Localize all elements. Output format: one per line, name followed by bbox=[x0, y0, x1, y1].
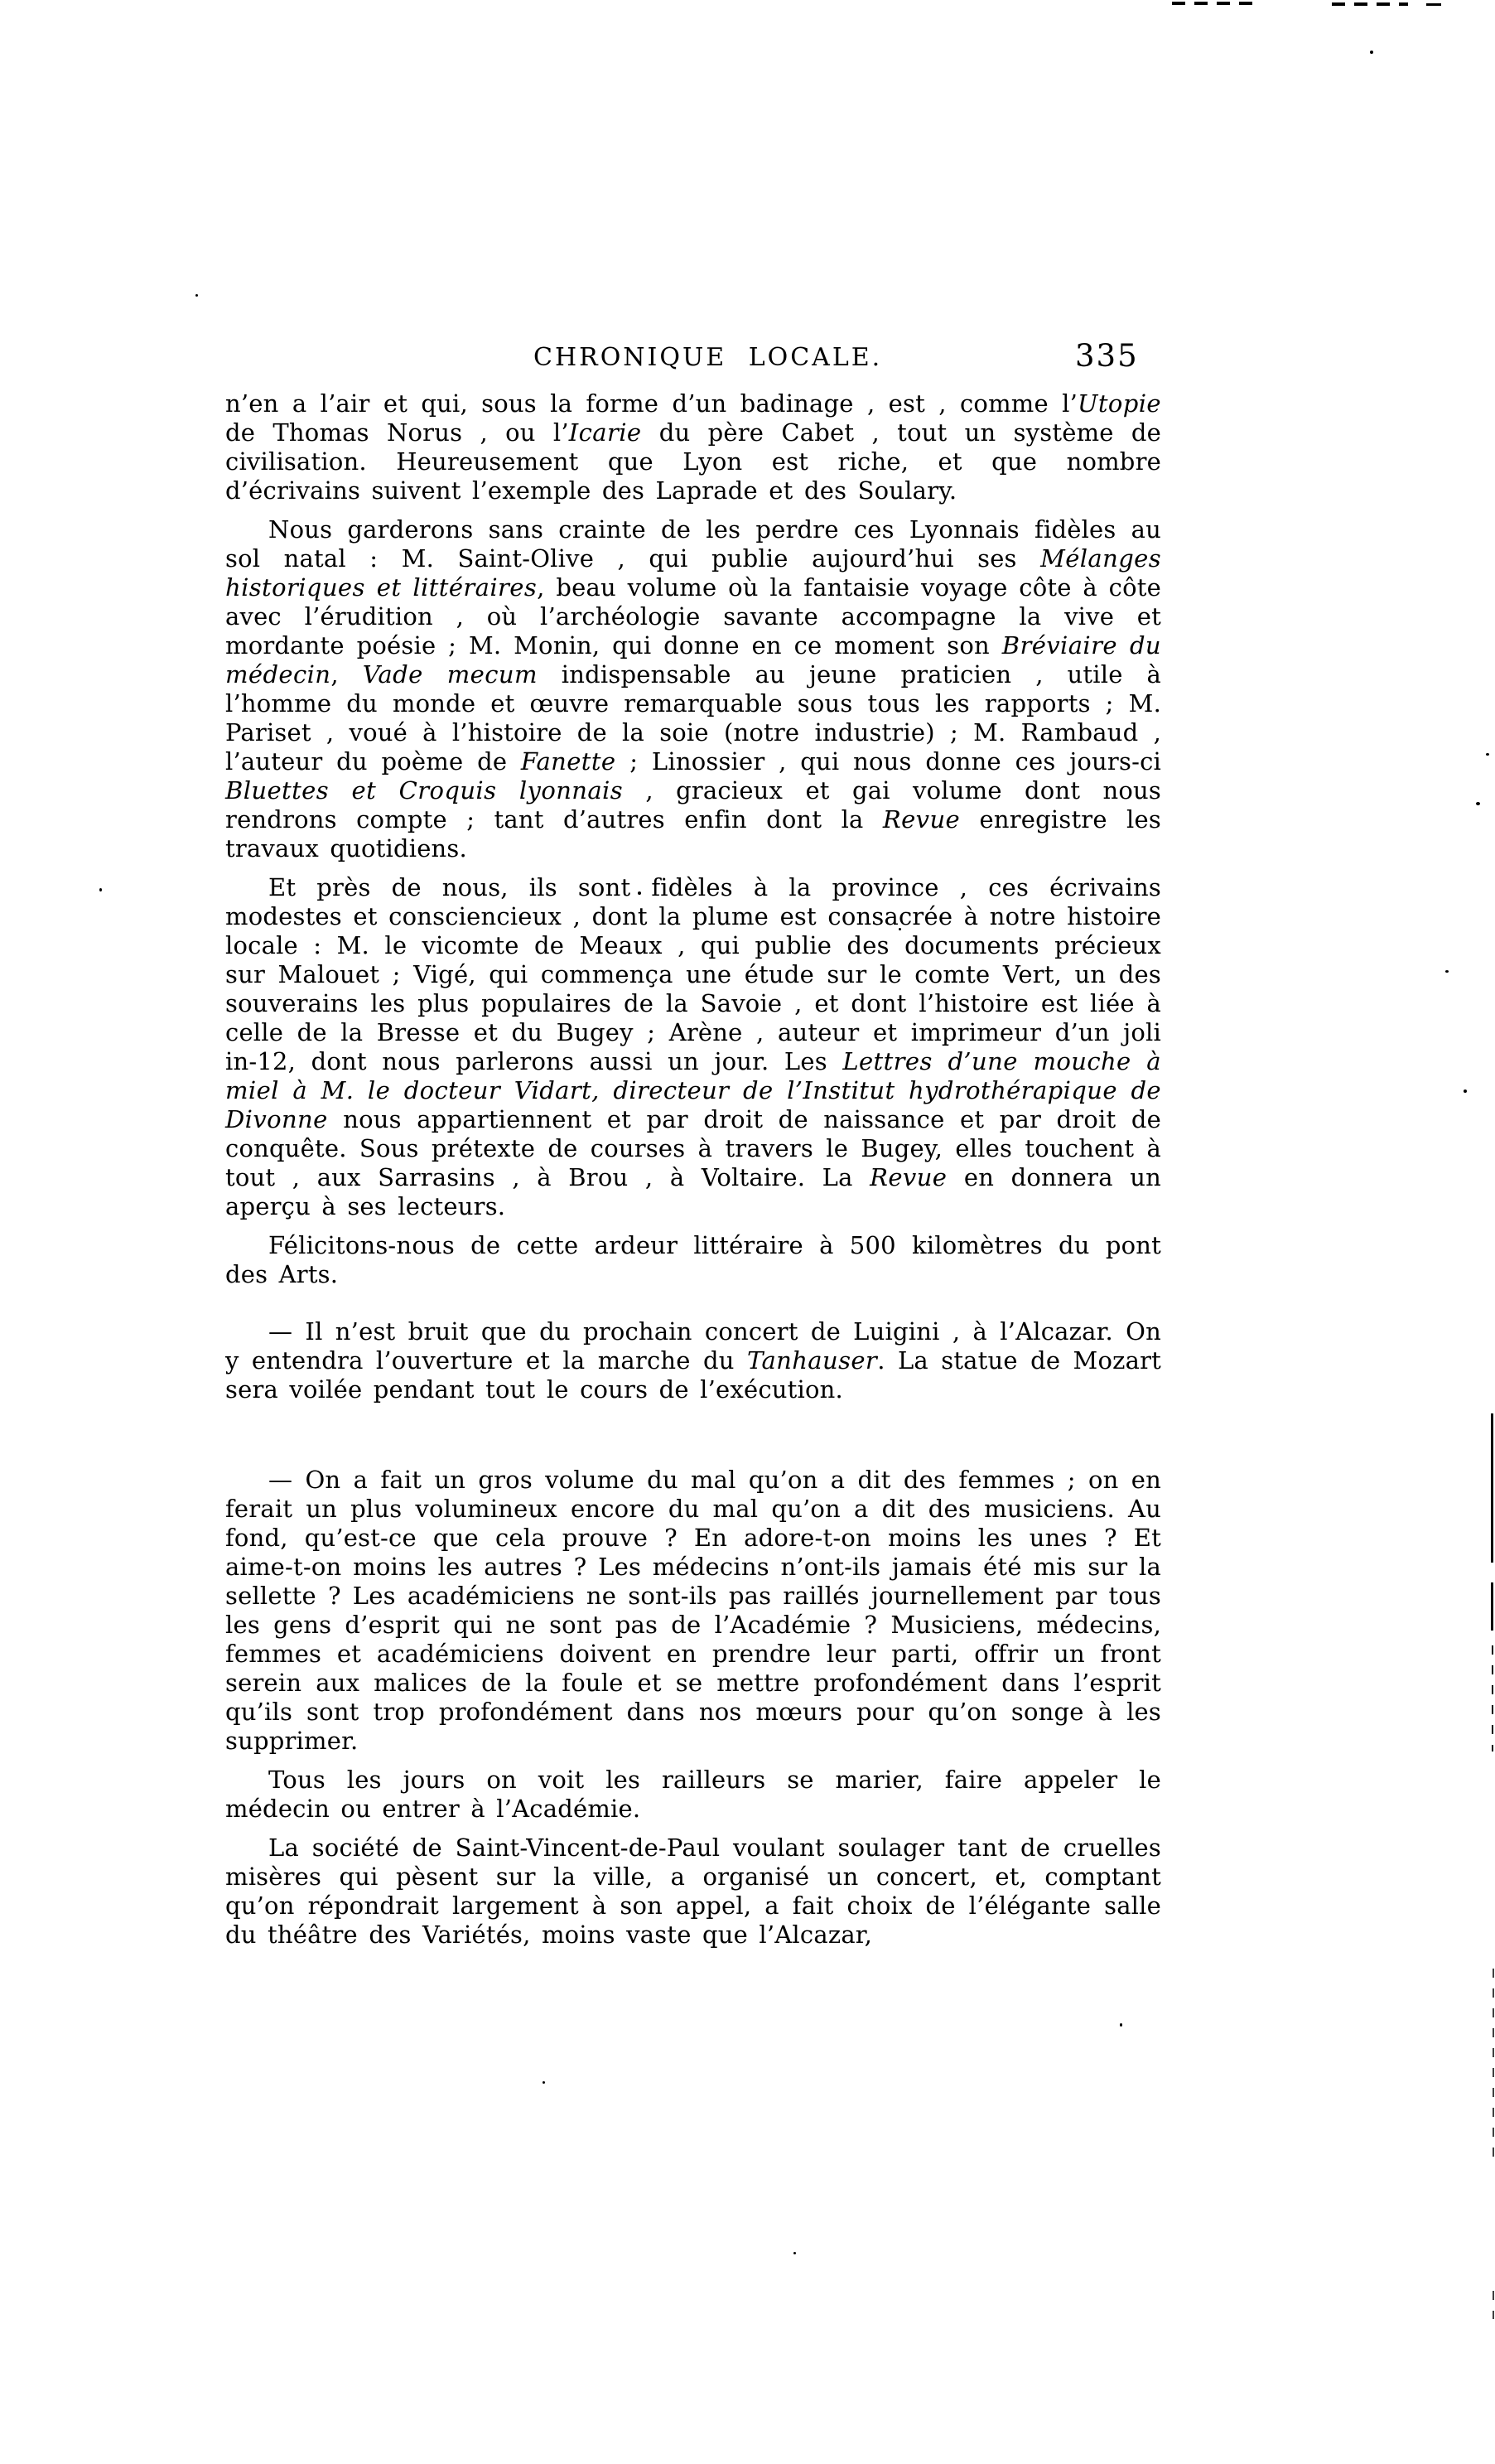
text-run: ; Linossier , qui nous donne ces jours-c… bbox=[615, 747, 1161, 775]
scan-speck bbox=[1370, 51, 1373, 54]
paragraph-8: La société de Saint-Vincent-de-Paul voul… bbox=[225, 1834, 1161, 1949]
scan-speck bbox=[1486, 753, 1489, 756]
work-title-italic: Fanette bbox=[521, 747, 616, 775]
page-header: CHRONIQUE LOCALE. 335 bbox=[225, 338, 1161, 376]
scan-artifact-top-dash-1 bbox=[1172, 2, 1255, 5]
running-title: CHRONIQUE LOCALE. bbox=[533, 343, 882, 372]
paragraph-4: Félicitons-nous de cette ardeur littérai… bbox=[225, 1231, 1161, 1289]
scan-speck bbox=[195, 294, 198, 297]
work-title-italic: Bluettes et Croquis lyonnais bbox=[225, 776, 623, 804]
work-title-italic: Utopie bbox=[1078, 389, 1161, 418]
scan-speck bbox=[1464, 1089, 1467, 1093]
scan-artifact-top-dash-3 bbox=[1426, 3, 1441, 6]
work-title-italic: Revue bbox=[870, 1163, 947, 1191]
scan-speck bbox=[543, 2081, 545, 2084]
work-title-italic: Vade mecum bbox=[363, 660, 538, 688]
scan-artifact-top-dash-2 bbox=[1332, 2, 1408, 6]
paragraph-6: — On a fait un gros volume du mal qu’on … bbox=[225, 1466, 1161, 1756]
text-run: — On a fait un gros volume du mal qu’on … bbox=[225, 1466, 1161, 1755]
scan-speck bbox=[99, 888, 102, 891]
paragraph-1: n’en a l’air et qui, sous la forme d’un … bbox=[225, 389, 1161, 505]
scan-speck bbox=[638, 891, 641, 895]
text-run: Félicitons-nous de cette ardeur littérai… bbox=[225, 1231, 1161, 1288]
work-title-italic: Tanhauser bbox=[747, 1346, 877, 1375]
scan-speck bbox=[1120, 2023, 1122, 2027]
scan-artifact-right-line-1 bbox=[1491, 1413, 1493, 1563]
paragraph-7: Tous les jours on voit les railleurs se … bbox=[225, 1766, 1161, 1824]
scan-speck bbox=[1445, 970, 1449, 973]
text-run: Nous garderons sans crainte de les perdr… bbox=[225, 515, 1161, 573]
paragraph-5: — Il n’est bruit que du prochain concert… bbox=[225, 1317, 1161, 1404]
scan-artifact-right-line-5 bbox=[1493, 2291, 1494, 2319]
text-run: n’en a l’air et qui, sous la forme d’un … bbox=[225, 389, 1078, 418]
scanned-book-page: CHRONIQUE LOCALE. 335 n’en a l’air et qu… bbox=[0, 0, 1495, 2464]
scan-artifact-right-line-4 bbox=[1493, 1969, 1494, 2163]
work-title-italic: Icarie bbox=[569, 418, 642, 447]
scan-artifact-right-line-2 bbox=[1491, 1582, 1493, 1631]
paragraph-3: Et près de nous, ils sont fidèles à la p… bbox=[225, 873, 1161, 1221]
text-run: Tous les jours on voit les railleurs se … bbox=[225, 1766, 1161, 1823]
page-number: 335 bbox=[1075, 338, 1139, 374]
scan-speck bbox=[1476, 802, 1480, 805]
text-run: La société de Saint-Vincent-de-Paul voul… bbox=[225, 1834, 1161, 1949]
work-title-italic: Revue bbox=[883, 805, 960, 833]
scan-speck bbox=[899, 928, 901, 930]
text-run: , bbox=[330, 660, 362, 688]
text-block: n’en a l’air et qui, sous la forme d’un … bbox=[225, 389, 1161, 1959]
scan-artifact-right-line-3 bbox=[1492, 1645, 1493, 1751]
text-run: Et près de nous, ils sont fidèles à la p… bbox=[225, 873, 1161, 1075]
paragraph-2: Nous garderons sans crainte de les perdr… bbox=[225, 515, 1161, 863]
scan-speck bbox=[793, 2252, 796, 2254]
text-run: de Thomas Norus , ou l’ bbox=[225, 418, 569, 447]
